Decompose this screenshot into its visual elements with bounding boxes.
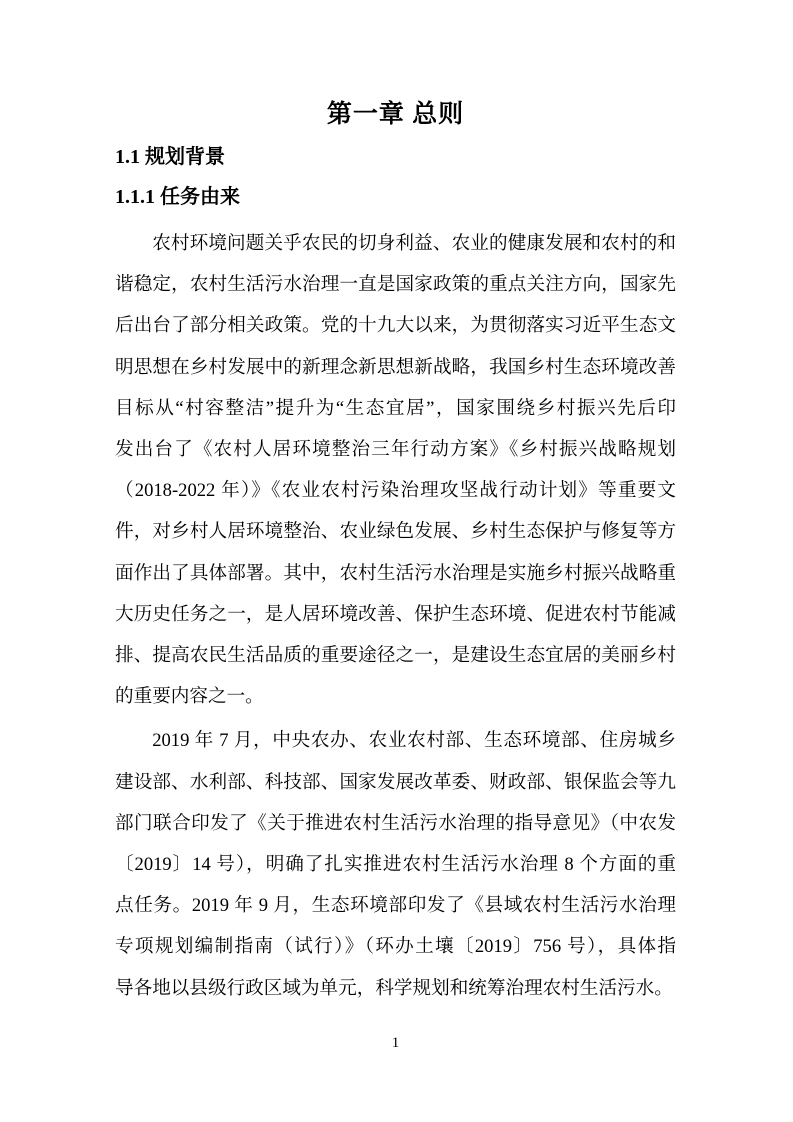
text-line: 〔2019〕14 号），明确了扎实推进农村生活污水治理 8 个方面的重 [115,844,676,885]
text-line: 专项规划编制指南（试行）》（环办土壤〔2019〕756 号），具体指 [115,926,676,967]
text-line: 目标从“村容整洁”提升为“生态宜居”，国家围绕乡村振兴先后印 [115,388,676,429]
text-line: 的重要内容之一。 [115,676,676,717]
text-line: 大历史任务之一，是人居环境改善、保护生态环境、促进农村节能减 [115,594,676,635]
section-heading-1-1: 1.1 规划背景 [115,143,676,171]
document-page: 第一章 总则 1.1 规划背景 1.1.1 任务由来 农村环境问题关乎农民的切身… [0,0,793,1122]
text-line: 后出台了部分相关政策。党的十九大以来，为贯彻落实习近平生态文 [115,305,676,346]
text-line: 明思想在乡村发展中的新理念新思想新战略，我国乡村生态环境改善 [115,347,676,388]
text-line: 点任务。2019 年 9 月，生态环境部印发了《县域农村生活污水治理 [115,885,676,926]
text-line: 2019 年 7 月，中央农办、农业农村部、生态环境部、住房城乡 [115,720,676,761]
text-line: 建设部、水利部、科技部、国家发展改革委、财政部、银保监会等九 [115,762,676,803]
subsection-heading-1-1-1: 1.1.1 任务由来 [115,183,676,211]
paragraph-1: 农村环境问题关乎农民的切身利益、农业的健康发展和农村的和 谐稳定，农村生活污水治… [115,223,676,717]
text-line: 谐稳定，农村生活污水治理一直是国家政策的重点关注方向，国家先 [115,264,676,305]
text-line: （2018-2022 年）》《农业农村污染治理攻坚战行动计划》等重要文 [115,470,676,511]
text-line: 导各地以县级行政区域为单元，科学规划和统筹治理农村生活污水。 [115,968,676,1009]
text-line: 农村环境问题关乎农民的切身利益、农业的健康发展和农村的和 [115,223,676,264]
text-line: 面作出了具体部署。其中，农村生活污水治理是实施乡村振兴战略重 [115,553,676,594]
text-line: 排、提高农民生活品质的重要途径之一，是建设生态宜居的美丽乡村 [115,635,676,676]
text-line: 发出台了《农村人居环境整治三年行动方案》《乡村振兴战略规划 [115,429,676,470]
page-number: 1 [115,1033,676,1053]
text-line: 部门联合印发了《关于推进农村生活污水治理的指导意见》（中农发 [115,803,676,844]
text-line: 件，对乡村人居环境整治、农业绿色发展、乡村生态保护与修复等方 [115,511,676,552]
chapter-title: 第一章 总则 [115,98,676,132]
paragraph-2: 2019 年 7 月，中央农办、农业农村部、生态环境部、住房城乡 建设部、水利部… [115,720,676,1008]
